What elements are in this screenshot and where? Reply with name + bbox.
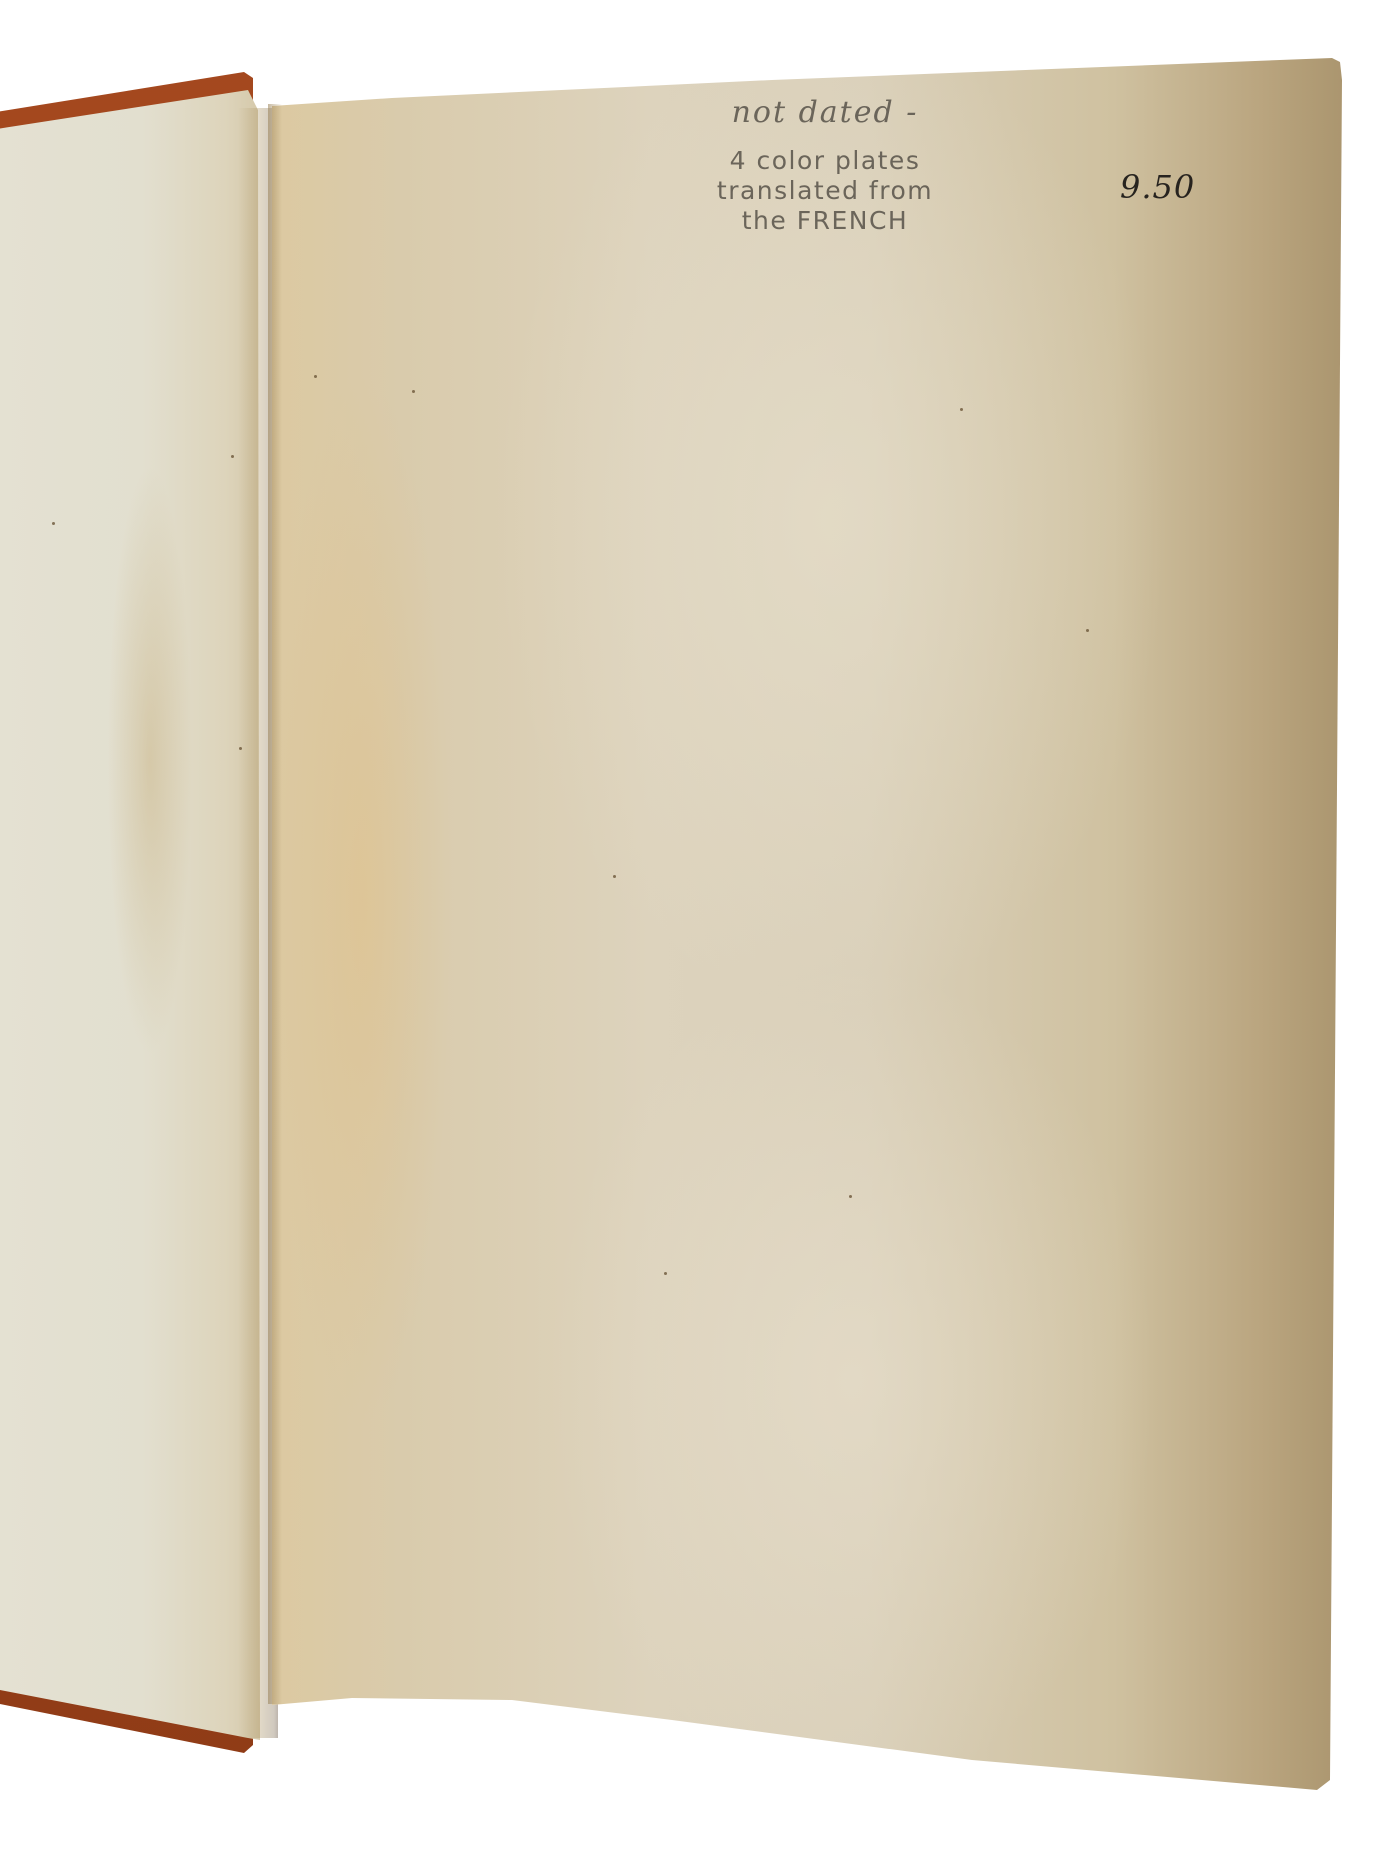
foxing-speck — [960, 408, 963, 411]
page-edge-shadow — [1344, 60, 1350, 1785]
price-note: 9.50 — [1120, 168, 1195, 206]
note-translated-from: translated from — [660, 176, 990, 206]
foxing-speck — [664, 1272, 667, 1275]
foxing-speck — [412, 390, 415, 393]
right-free-endpaper — [272, 0, 1352, 1867]
foxing-speck — [1086, 629, 1089, 632]
pencil-notes: not dated - 4 color plates translated fr… — [660, 98, 990, 236]
foxing-speck — [239, 747, 242, 750]
book-photo: not dated - 4 color plates translated fr… — [0, 0, 1400, 1867]
left-pastedown-page — [0, 0, 267, 1867]
foxing-speck — [231, 455, 234, 458]
gutter-shadow — [268, 104, 282, 1704]
foxing-speck — [52, 522, 55, 525]
note-the-french: the FRENCH — [660, 206, 990, 236]
foxing-speck — [613, 875, 616, 878]
foxing-speck — [314, 375, 317, 378]
note-color-plates: 4 color plates — [660, 146, 990, 176]
note-not-dated: not dated - — [660, 98, 990, 128]
foxing-speck — [849, 1195, 852, 1198]
